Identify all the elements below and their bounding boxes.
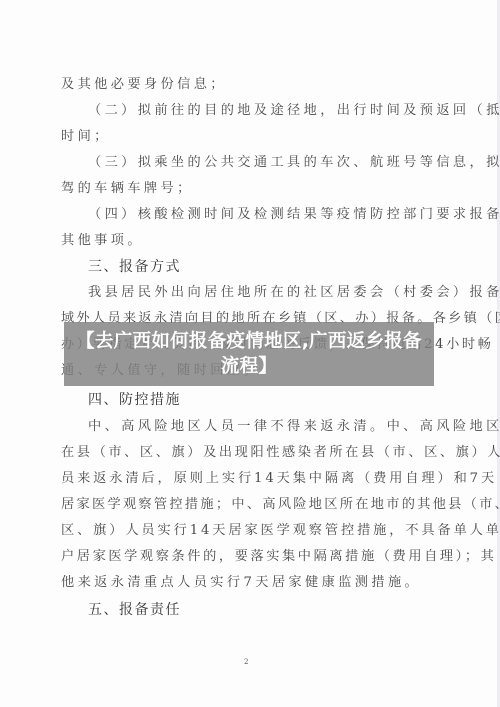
doc-line: 其他事项。	[61, 232, 144, 250]
doc-line: 区、旗）人员实行14天居家医学观察管控措施，不具备单人单	[61, 522, 500, 540]
doc-line: 驾的车辆车牌号；	[61, 180, 194, 198]
doc-line: 及其他必要身份信息；	[61, 76, 227, 94]
doc-line: 中、高风险地区人员一律不得来返永清。中、高风险地区所	[88, 418, 500, 436]
section-heading-prevention-measures: 四、防控措施	[88, 391, 181, 409]
doc-line: 我县居民外出向居住地所在的社区居委会（村委会）报备，	[88, 284, 500, 302]
doc-line: （四）核酸检测时间及检测结果等疫情防控部门要求报备的	[88, 206, 500, 224]
doc-line: 居家医学观察管控措施；中、高风险地区所在地市的其他县（市、	[61, 496, 500, 514]
page-number: 2	[244, 658, 248, 666]
title-overlay-banner: 【去广西如何报备疫情地区,广西返乡报备流程】	[64, 322, 434, 386]
doc-line: （二）拟前往的目的地及途径地，出行时间及预返回（抵达）	[88, 102, 500, 120]
doc-line: 在县（市、区、旗）及出现阳性感染者所在县（市、区、旗）人	[61, 444, 500, 462]
banner-title: 【去广西如何报备疫情地区,广西返乡报备流程】	[74, 329, 424, 379]
section-heading-reporting-responsibility: 五、报备责任	[88, 601, 181, 619]
doc-line: 他来返永清重点人员实行7天居家健康监测措施。	[61, 574, 421, 592]
doc-line: 员来返永清后，原则上实行14天集中隔离（费用自理）和7天	[61, 470, 497, 488]
doc-line: 户居家医学观察条件的，要落实集中隔离措施（费用自理）；其	[61, 548, 496, 566]
doc-line: （三）拟乘坐的公共交通工具的车次、航班号等信息，拟自	[88, 154, 500, 172]
doc-line: 时间；	[61, 128, 111, 146]
section-heading-reporting-method: 三、报备方式	[88, 258, 181, 276]
